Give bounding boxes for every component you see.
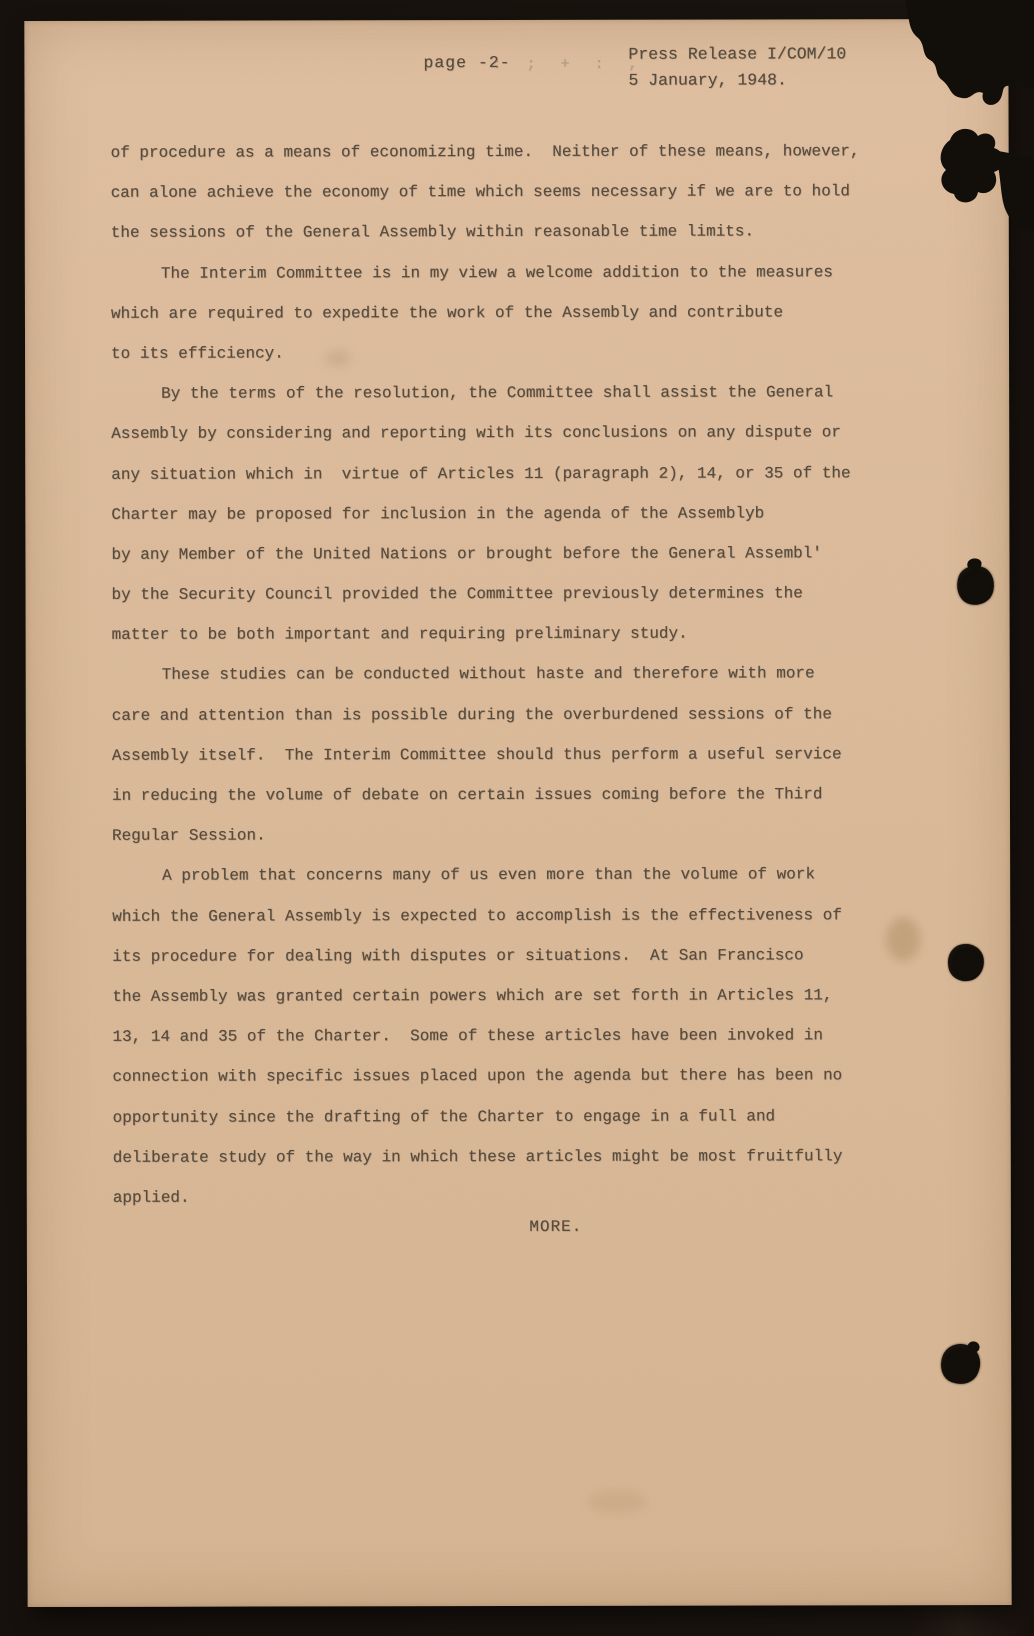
- text-line: to its efficiency.: [111, 332, 901, 374]
- text-line: can alone achieve the economy of time wh…: [111, 171, 901, 213]
- text-line: care and attention than is possible duri…: [112, 694, 902, 736]
- text-line: in reducing the volume of debate on cert…: [112, 774, 902, 816]
- press-release-title: Press Release I/COM/10: [628, 41, 846, 67]
- faint-stamp-marks: : ; + : ,: [492, 56, 645, 73]
- scanned-document: page -2- : ; + : , Press Release I/COM/1…: [0, 0, 1034, 1636]
- text-line: Assembly by considering and reporting wi…: [111, 413, 901, 455]
- text-line: opportunity since the drafting of the Ch…: [113, 1096, 903, 1138]
- text-line: any situation which in virtue of Article…: [111, 453, 901, 495]
- text-line: deliberate study of the way in which the…: [113, 1136, 903, 1178]
- text-line: its procedure for dealing with disputes …: [112, 935, 902, 977]
- text-line: which the General Assembly is expected t…: [112, 895, 902, 937]
- text-line: the Assembly was granted certain powers …: [112, 975, 902, 1017]
- press-release-header: Press Release I/COM/10 5 January, 1948.: [628, 41, 846, 93]
- text-line: which are required to expedite the work …: [111, 292, 901, 334]
- text-line: by the Security Council provided the Com…: [112, 573, 902, 615]
- stain: [587, 1490, 647, 1514]
- text-line: by any Member of the United Nations or b…: [111, 533, 901, 575]
- text-line: the sessions of the General Assembly wit…: [111, 212, 901, 254]
- body-lines: of procedure as a means of economizing t…: [111, 131, 903, 1218]
- text-line: The Interim Committee is in my view a we…: [111, 252, 901, 294]
- text-line: Regular Session.: [112, 814, 902, 856]
- press-release-date: 5 January, 1948.: [628, 67, 846, 93]
- text-line: Assembly itself. The Interim Committee s…: [112, 734, 902, 776]
- text-line: A problem that concerns many of us even …: [112, 855, 902, 897]
- text-line: of procedure as a means of economizing t…: [111, 131, 901, 173]
- text-line: These studies can be conducted without h…: [112, 654, 902, 696]
- text-line: By the terms of the resolution, the Comm…: [111, 372, 901, 414]
- text-line: connection with specific issues placed u…: [113, 1056, 903, 1098]
- more-label: MORE.: [113, 1217, 941, 1237]
- text-line: applied.: [113, 1176, 903, 1218]
- text-line: Charter may be proposed for inclusion in…: [111, 493, 901, 535]
- document-page: page -2- : ; + : , Press Release I/COM/1…: [24, 19, 1011, 1607]
- text-line: matter to be both important and requirin…: [112, 613, 902, 655]
- text-line: 13, 14 and 35 of the Charter. Some of th…: [112, 1015, 902, 1057]
